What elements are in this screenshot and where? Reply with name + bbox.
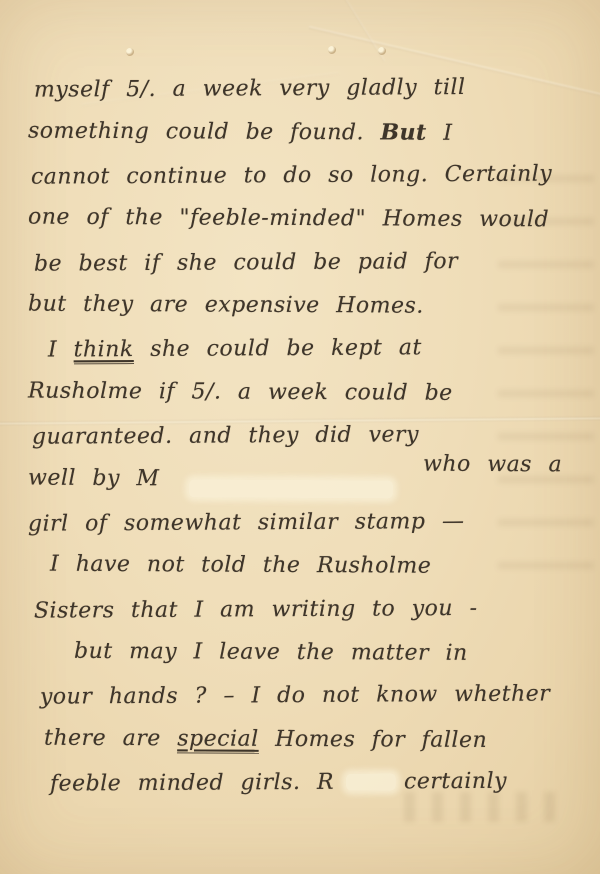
letter-line: Rusholme if 5/. a week could be — [28, 378, 578, 424]
handwritten-text: girl of somewhat similar stamp — — [28, 509, 465, 537]
handwritten-text: but they are expensive Homes. — [28, 292, 424, 319]
letter-line: your hands ? – I do not know whether — [28, 682, 578, 729]
handwritten-text: one of the "feeble-minded" Homes would — [28, 205, 549, 233]
handwritten-text: Homes for fallen — [259, 727, 488, 753]
handwritten-text: but may I leave the matter in — [74, 639, 468, 666]
letter-line: cannot continue to do so long. Certainly — [28, 161, 578, 208]
handwritten-text: I — [48, 338, 74, 363]
handwritten-text: be best if she could be paid for — [34, 249, 458, 277]
letter-line: be best if she could be paid for — [28, 248, 578, 295]
handwritten-text: something could be found. — [28, 119, 381, 146]
handwritten-text: I have not told the Rusholme — [50, 552, 431, 579]
handwritten-text: she could be kept at — [134, 336, 422, 363]
underlined-word: think — [74, 337, 134, 364]
handwritten-text-emphasized: But — [380, 120, 426, 146]
handwritten-text: I — [427, 121, 453, 146]
handwritten-text: cannot continue to do so long. Certainly — [31, 161, 552, 189]
pinhole — [378, 47, 386, 55]
letter-line: I have not told the Rusholme — [28, 552, 578, 598]
letter-line: I think she could be kept at — [28, 335, 578, 382]
underlined-word: special — [177, 726, 259, 753]
letter-page: myself 5/. a week very gladly till somet… — [0, 0, 600, 874]
erased-name-patch — [189, 479, 393, 498]
handwritten-text: guaranteed. and they did very — [32, 422, 419, 449]
handwritten-text: Sisters that I am writing to you - — [34, 596, 478, 624]
letter-line: there are special Homes for fallen — [28, 725, 578, 771]
handwritten-text: well by M — [28, 465, 160, 491]
handwritten-text: there are — [44, 726, 177, 752]
handwritten-text: feeble minded girls. R — [50, 770, 334, 797]
letter-line: feeble minded girls. Rcertainly — [28, 769, 578, 816]
letter-line: well by Mwho was a — [28, 465, 578, 511]
handwritten-text: your hands ? – I do not know whether — [40, 682, 550, 710]
letter-line: Sisters that I am writing to you - — [28, 595, 578, 642]
letter-line: something could be found. But I — [28, 118, 578, 164]
erased-name-patch — [346, 774, 396, 791]
letter-line: one of the "feeble-minded" Homes would — [28, 205, 578, 251]
letter-line: but they are expensive Homes. — [28, 292, 578, 338]
paper-dimple — [328, 46, 336, 54]
letter-line: girl of somewhat similar stamp — — [28, 508, 578, 555]
letter-body: myself 5/. a week very gladly till somet… — [28, 76, 578, 814]
handwritten-text: who was a — [423, 451, 562, 477]
handwritten-text: Rusholme if 5/. a week could be — [28, 378, 453, 405]
handwritten-text: myself 5/. a week very gladly till — [34, 75, 466, 103]
paper-dimple — [126, 48, 134, 56]
handwritten-text: certainly — [404, 769, 507, 795]
letter-line: but may I leave the matter in — [28, 639, 578, 685]
letter-line: myself 5/. a week very gladly till — [28, 74, 578, 121]
